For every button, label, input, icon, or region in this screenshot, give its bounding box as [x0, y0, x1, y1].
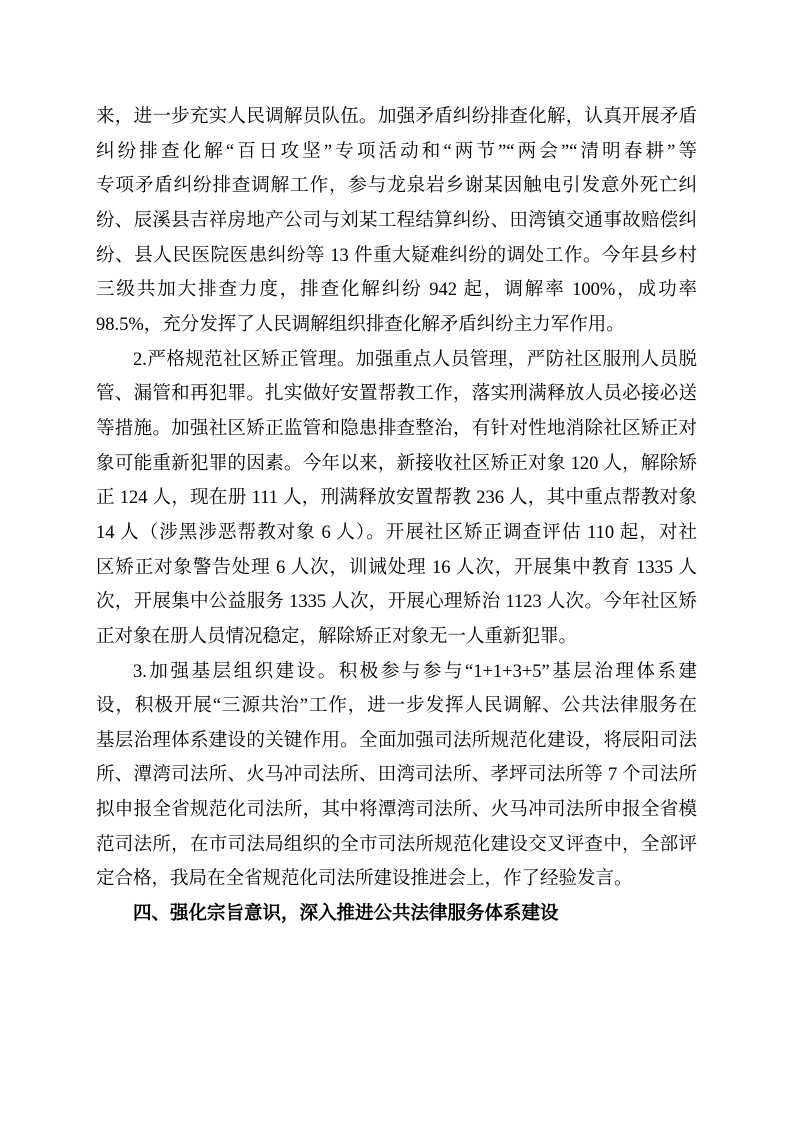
text-line: 纷、县人民医院医患纠纷等 13 件重大疑难纠纷的调处工作。今年县乡村	[96, 239, 697, 274]
text-line: 管、漏管和再犯罪。扎实做好安置帮教工作，落实刑满释放人员必接必送	[96, 377, 697, 412]
section-heading-four: 四、强化宗旨意识，深入推进公共法律服务体系建设	[96, 897, 697, 932]
text-line: 专项矛盾纠纷排查调解工作，参与龙泉岩乡谢某因触电引发意外死亡纠	[96, 169, 697, 204]
text-line: 区矫正对象警告处理 6 人次，训诫处理 16 人次，开展集中教育 1335 人	[96, 551, 697, 586]
document-page: 来，进一步充实人民调解员队伍。加强矛盾纠纷排查化解，认真开展矛盾纠纷排查化解“百…	[0, 0, 793, 1122]
text-line: 次，开展集中公益服务 1335 人次，开展心理矫治 1123 人次。今年社区矫	[96, 585, 697, 620]
text-line: 纠纷排查化解“百日攻坚”专项活动和“两节”“两会”“清明春耕”等	[96, 135, 697, 170]
paragraph-community-correction: 2.严格规范社区矫正管理。加强重点人员管理，严防社区服刑人员脱管、漏管和再犯罪。…	[96, 343, 697, 655]
paragraph-grassroots-organization: 3.加强基层组织建设。积极参与参与“1+1+3+5”基层治理体系建设，积极开展“…	[96, 655, 697, 898]
text-line: 三级共加大排查力度，排查化解纠纷 942 起，调解率 100%，成功率	[96, 273, 697, 308]
paragraph-mediation-work: 来，进一步充实人民调解员队伍。加强矛盾纠纷排查化解，认真开展矛盾纠纷排查化解“百…	[96, 100, 697, 343]
text-line: 设，积极开展“三源共治”工作，进一步发挥人民调解、公共法律服务在	[96, 689, 697, 724]
text-line: 正对象在册人员情况稳定，解除矫正对象无一人重新犯罪。	[96, 620, 697, 655]
text-line: 来，进一步充实人民调解员队伍。加强矛盾纠纷排查化解，认真开展矛盾	[96, 100, 697, 135]
text-line: 定合格，我局在全省规范化司法所建设推进会上，作了经验发言。	[96, 862, 697, 897]
text-line: 纷、辰溪县吉祥房地产公司与刘某工程结算纠纷、田湾镇交通事故赔偿纠	[96, 204, 697, 239]
text-line: 2.严格规范社区矫正管理。加强重点人员管理，严防社区服刑人员脱	[96, 343, 697, 378]
text-line: 范司法所，在市司法局组织的全市司法所规范化建设交叉评查中，全部评	[96, 828, 697, 863]
text-line: 象可能重新犯罪的因素。今年以来，新接收社区矫正对象 120 人，解除矫	[96, 447, 697, 482]
text-line: 拟申报全省规范化司法所，其中将潭湾司法所、火马冲司法所申报全省模	[96, 793, 697, 828]
text-line: 正 124 人，现在册 111 人，刑满释放安置帮教 236 人，其中重点帮教对…	[96, 481, 697, 516]
section-heading: 四、强化宗旨意识，深入推进公共法律服务体系建设	[96, 897, 697, 932]
text-line: 基层治理体系建设的关键作用。全面加强司法所规范化建设，将辰阳司法	[96, 724, 697, 759]
text-line: 14 人（涉黑涉恶帮教对象 6 人）。开展社区矫正调查评估 110 起，对社	[96, 516, 697, 551]
document-text-block: 来，进一步充实人民调解员队伍。加强矛盾纠纷排查化解，认真开展矛盾纠纷排查化解“百…	[96, 100, 697, 932]
text-line: 等措施。加强社区矫正监管和隐患排查整治，有针对性地消除社区矫正对	[96, 412, 697, 447]
text-line: 所、潭湾司法所、火马冲司法所、田湾司法所、孝坪司法所等 7 个司法所	[96, 758, 697, 793]
text-line: 3.加强基层组织建设。积极参与参与“1+1+3+5”基层治理体系建	[96, 655, 697, 690]
text-line: 98.5%，充分发挥了人民调解组织排查化解矛盾纠纷主力军作用。	[96, 308, 697, 343]
